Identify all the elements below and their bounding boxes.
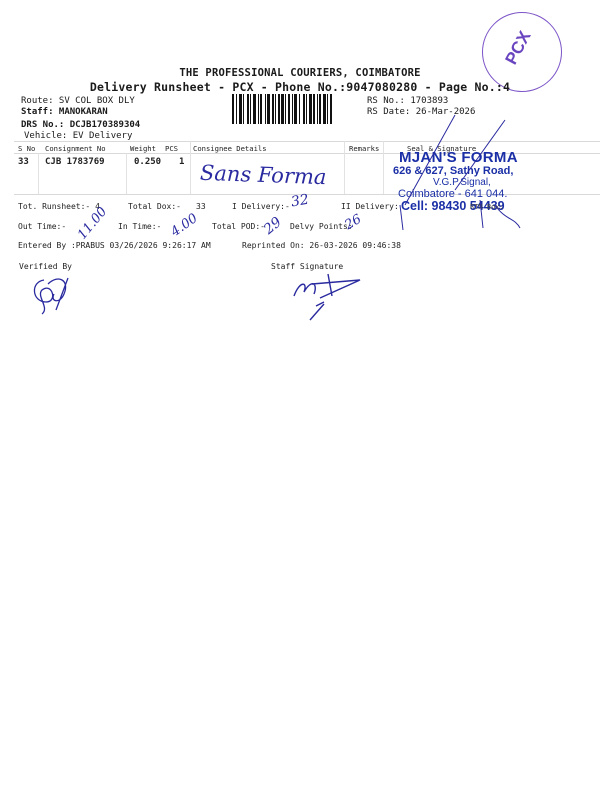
cell-sno: 33 — [18, 157, 29, 167]
rs-number: RS No.: 1703893 — [367, 96, 448, 106]
col-header-sno: S No — [18, 144, 35, 153]
in-time-label: In Time:- — [118, 222, 161, 231]
col-divider — [126, 153, 127, 194]
ii-delivery-label: II Delivery: — [341, 202, 399, 211]
total-pod-handwritten: 29 — [261, 214, 285, 238]
consignee-handwritten-signature: Sans Forma — [200, 161, 327, 189]
i-delivery-label: I Delivery:- — [232, 202, 290, 211]
runsheet-subtitle: Delivery Runsheet - PCX - Phone No.:9047… — [0, 80, 600, 94]
col-header-pcs: PCS — [165, 144, 178, 153]
vehicle-label: Vehicle: EV Delivery — [24, 131, 132, 141]
out-time-label: Out Time:- — [18, 222, 66, 231]
verified-by-label: Verified By — [19, 262, 72, 271]
total-dox-value: 33 — [196, 202, 206, 211]
drs-number: DRS No.: DCJB170389304 — [21, 120, 140, 130]
pen-strokes — [395, 110, 525, 230]
reprinted-on: Reprinted On: 26-03-2026 09:46:38 — [242, 241, 401, 250]
barcode — [232, 94, 362, 124]
col-header-remarks: Remarks — [349, 144, 379, 153]
entered-by: Entered By :PRABUS 03/26/2026 9:26:17 AM — [18, 241, 211, 250]
verified-by-signature — [28, 272, 88, 322]
cell-weight: 0.250 — [134, 157, 161, 167]
cell-consignment-no: CJB 1783769 — [45, 157, 105, 167]
col-divider — [344, 141, 345, 194]
col-header-consignment: Consignment No — [45, 144, 106, 153]
staff-signature — [290, 270, 365, 325]
total-dox-label: Total Dox:- — [128, 202, 181, 211]
company-title: THE PROFESSIONAL COURIERS, COIMBATORE — [0, 67, 600, 79]
col-header-weight: Weight — [130, 144, 156, 153]
col-divider — [190, 141, 191, 194]
col-divider — [383, 141, 384, 194]
i-delivery-handwritten: 32 — [290, 192, 310, 211]
staff-label: Staff: MANOKARAN — [21, 107, 108, 117]
col-header-consignee: Consignee Details — [193, 144, 267, 153]
col-divider — [38, 153, 39, 194]
tot-runsheet: Tot. Runsheet:- 4 — [18, 202, 100, 211]
pcx-stamp-text: PCX — [501, 28, 535, 68]
in-time-handwritten: 4.00 — [168, 211, 200, 240]
route-label: Route: SV COL BOX DLY — [21, 96, 135, 106]
total-pod-label: Total POD:- — [212, 222, 265, 231]
cell-pcs: 1 — [179, 157, 184, 167]
